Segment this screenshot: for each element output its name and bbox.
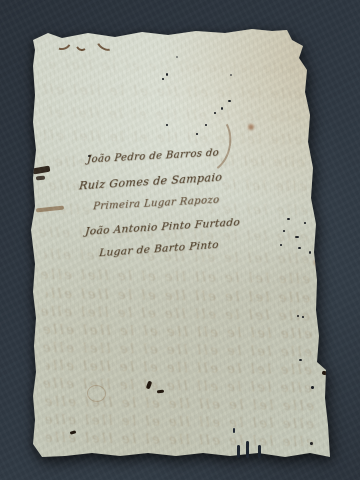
stroke-mark: [246, 441, 249, 458]
stroke-mark: [237, 445, 240, 458]
photo-background: elle lel le ell lle el le llel elle le e…: [0, 0, 360, 480]
stroke-mark: [258, 445, 261, 458]
stroke-mark: [233, 428, 235, 433]
overlay-ink-layer: [0, 0, 360, 480]
